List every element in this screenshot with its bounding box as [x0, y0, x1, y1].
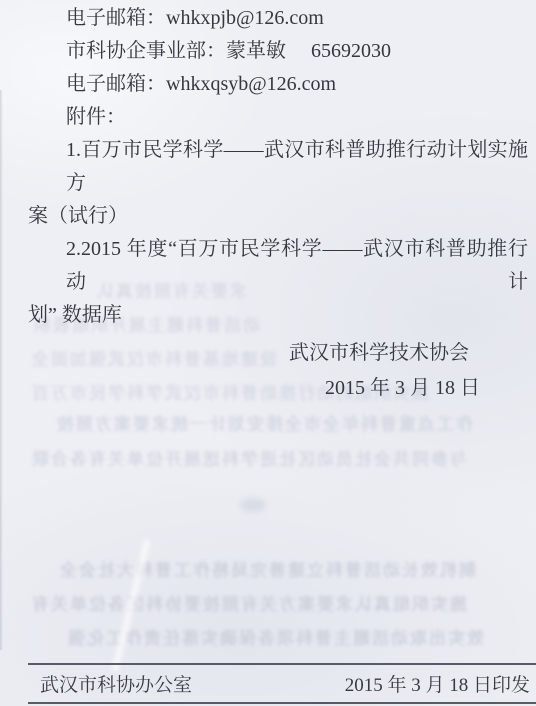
attachment-1-line-1: 1.百万市民学科学——武汉市科普助推行动计划实施方 [28, 134, 528, 200]
contact-email-line-1: 电子邮箱：whkxpjb@126.com [28, 2, 528, 35]
bleedthrough-text: 施实织组真认求要案方关有照按要协科区各位单关有 [30, 590, 467, 615]
document-body: 电子邮箱：whkxpjb@126.com 市科协企事业部：蒙革敏 6569203… [28, 2, 528, 332]
footer-bottom-rule [28, 702, 536, 704]
paper-smudge [240, 498, 266, 512]
bleedthrough-text: 作工点重普科年全市全排安划计一统求要案方照按 [55, 410, 473, 435]
footer-office-name: 武汉市科协办公室 [40, 670, 192, 697]
signature-date: 2015 年 3 月 18 日 [0, 371, 536, 406]
paper-crease [110, 539, 152, 672]
attachments-label: 附件： [28, 101, 528, 134]
signature-block: 武汉市科学技术协会 2015 年 3 月 18 日 [0, 336, 536, 406]
attachment-2-line-2: 划” 数据库 [28, 299, 528, 332]
bleedthrough-text: 与参同共会社员动区社进学科送展开位单关有各合联 [30, 445, 467, 470]
contact-email-line-2: 电子邮箱：whkxqsyb@126.com [28, 68, 528, 101]
document-footer: 武汉市科协办公室 2015 年 3 月 18 日印发 [28, 663, 536, 704]
scanned-document-page: 求要关有照按真认 动活普科题主展开织组极积 设建地基普科市汉武强加面全 施实织组… [0, 0, 536, 706]
signature-organization: 武汉市科学技术协会 [0, 336, 536, 371]
footer-row: 武汉市科协办公室 2015 年 3 月 18 日印发 [28, 665, 536, 702]
contact-department-line: 市科协企事业部：蒙革敏 65692030 [28, 35, 528, 68]
attachment-2-line-1: 2.2015 年度“百万市民学科学——武汉市科普助推行动计 [28, 233, 528, 299]
attachment-1-line-2: 案（试行） [28, 200, 528, 233]
footer-issue-date: 2015 年 3 月 18 日印发 [345, 670, 530, 697]
bleedthrough-text: 制机效长动活普科立建善完局格作工普科大社会全 [58, 556, 476, 581]
